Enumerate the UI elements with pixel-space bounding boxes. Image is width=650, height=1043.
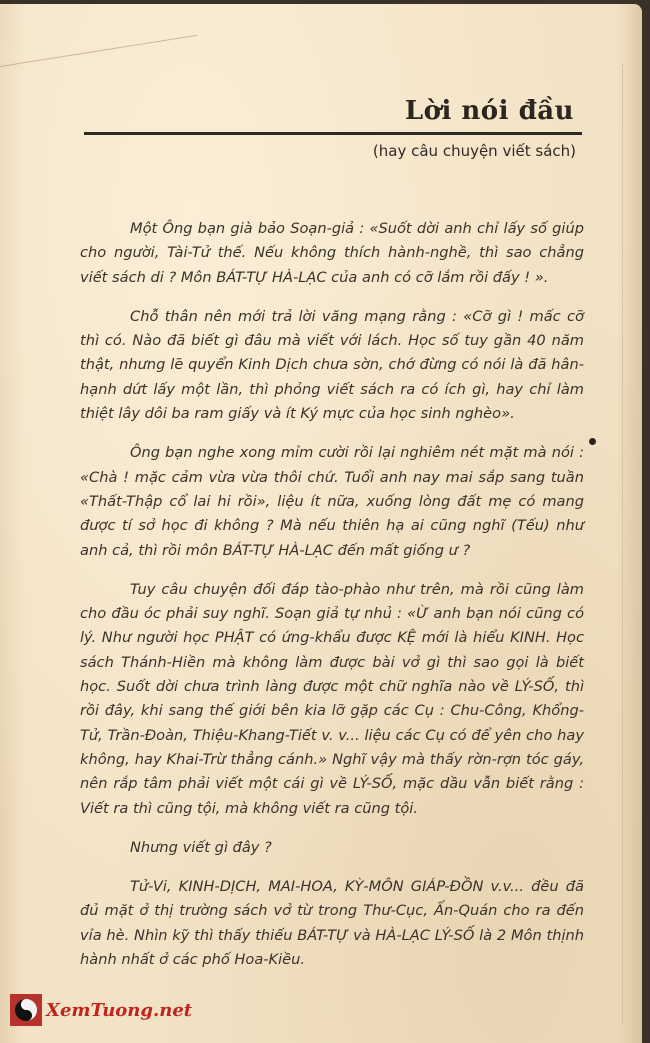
scanned-page: Lời nói đầu (hay câu chuyện viết sách) M… bbox=[0, 4, 642, 1043]
watermark: XemTuong.net bbox=[10, 994, 192, 1026]
paragraph: Nhưng viết gì đây ? bbox=[80, 836, 584, 860]
body-text: Một Ông bạn già bảo Soạn-giả : «Suốt dời… bbox=[80, 217, 584, 987]
ink-speck bbox=[589, 438, 596, 445]
paper-crease bbox=[0, 35, 204, 107]
page-title: Lời nói đầu bbox=[405, 96, 574, 126]
paper-fold-line bbox=[622, 64, 624, 1024]
page-subtitle: (hay câu chuyện viết sách) bbox=[373, 142, 576, 160]
paragraph: Tử-Vi, KINH-DỊCH, MAI-HOA, KỲ-MÔN GIÁP-Đ… bbox=[80, 875, 584, 972]
yin-yang-icon bbox=[10, 994, 42, 1026]
watermark-text: XemTuong.net bbox=[46, 1000, 192, 1021]
paragraph: Tuy câu chuyện đối đáp tào-phào như trên… bbox=[80, 578, 584, 821]
paragraph: Chỗ thân nên mới trả lời văng mạng rằng … bbox=[80, 305, 584, 426]
paragraph: Ông bạn nghe xong mỉm cười rồi lại nghiê… bbox=[80, 441, 584, 562]
paragraph: Một Ông bạn già bảo Soạn-giả : «Suốt dời… bbox=[80, 217, 584, 290]
title-rule bbox=[84, 132, 582, 135]
